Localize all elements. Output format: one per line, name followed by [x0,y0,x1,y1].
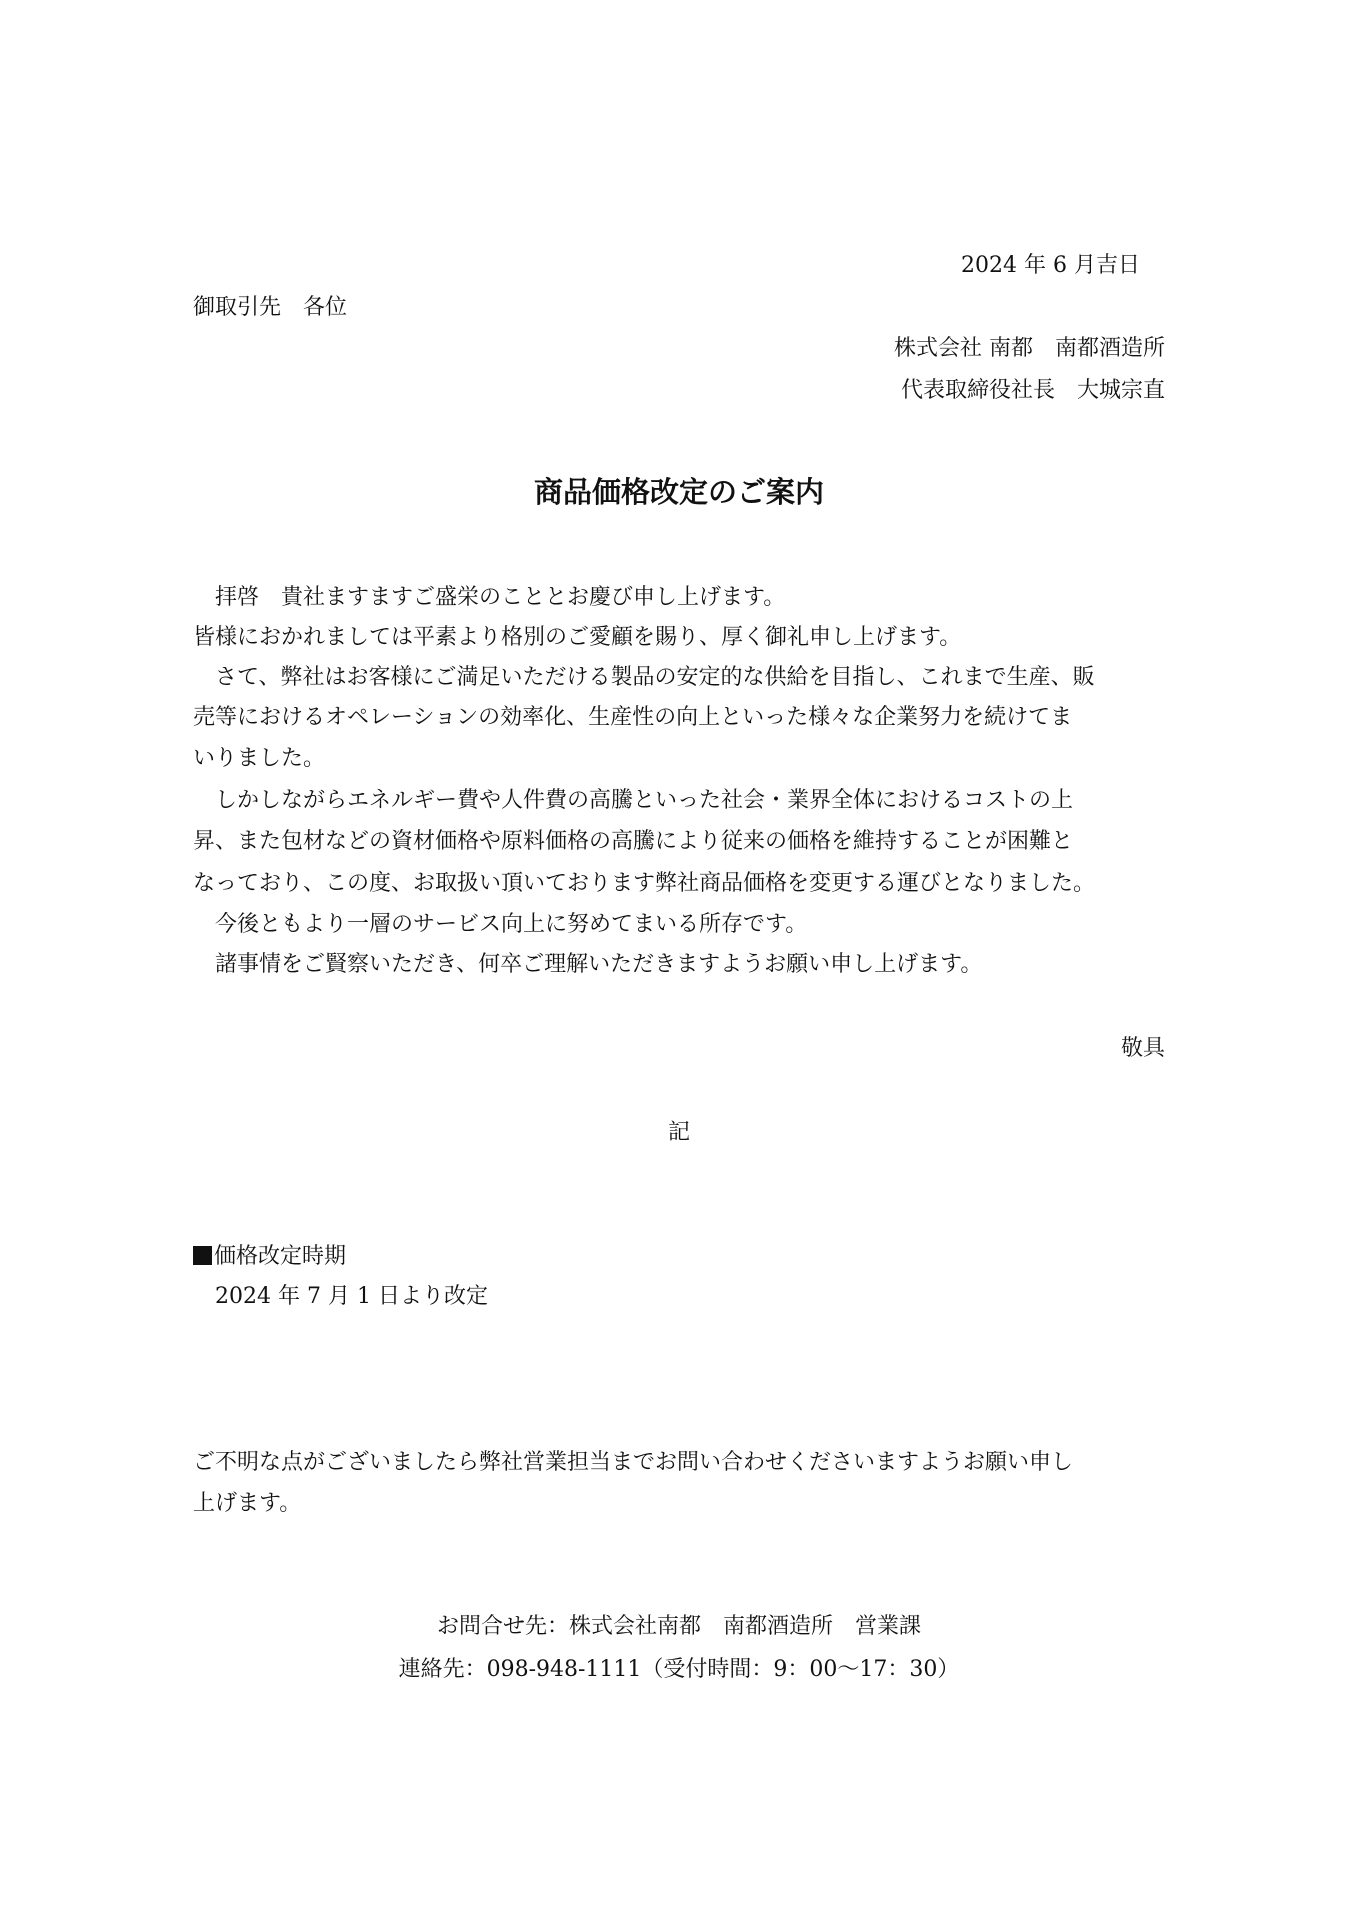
inquiry-line: 上げます。 [193,1490,301,1518]
body-line: 諸事情をご賢察いただき、何卒ご理解いただきますようお願い申し上げます。 [193,951,982,979]
recipient: 御取引先 各位 [193,294,347,322]
document-date: 2024 年 6 月吉日 [961,252,1140,280]
contact-department: お問合せ先：株式会社南都 南都酒造所 営業課 [0,1613,1358,1641]
revision-date: 2024 年 7 月 1 日より改定 [215,1283,488,1311]
closing-keigu: 敬具 [1121,1035,1165,1063]
inquiry-line: ご不明な点がございましたら弊社営業担当までお問い合わせくださいますようお願い申し [193,1449,1073,1477]
body-line: なっており、この度、お取扱い頂いております弊社商品価格を変更する運びとなりました… [193,870,1095,898]
body-line: 今後ともより一層のサービス向上に努めてまいる所存です。 [193,911,807,939]
body-line: しかしながらエネルギー費や人件費の高騰といった社会・業界全体におけるコストの上 [193,787,1073,815]
sender-company: 株式会社 南都 南都酒造所 [894,335,1165,363]
contact-phone: 連絡先：098-948-1111（受付時間：9：00～17：30） [0,1656,1358,1684]
black-square-bullet-icon [193,1246,212,1265]
ki-label: 記 [0,1119,1358,1147]
body-line: いりました。 [193,745,325,773]
document-title: 商品価格改定のご案内 [0,478,1358,506]
revision-heading: 価格改定時期 [193,1243,346,1271]
body-line: 売等におけるオペレーションの効率化、生産性の向上といった様々な企業努力を続けてま [193,704,1072,732]
revision-heading-text: 価格改定時期 [214,1244,346,1269]
body-line: 皆様におかれましては平素より格別のご愛顧を賜り、厚く御礼申し上げます。 [193,624,961,652]
body-line: さて、弊社はお客様にご満足いただける製品の安定的な供給を目指し、これまで生産、販 [193,664,1095,692]
body-line: 拝啓 貴社ますますご盛栄のこととお慶び申し上げます。 [193,584,785,612]
sender-representative: 代表取締役社長 大城宗直 [901,377,1165,405]
body-line: 昇、また包材などの資材価格や原料価格の高騰により従来の価格を維持することが困難と [193,828,1073,856]
